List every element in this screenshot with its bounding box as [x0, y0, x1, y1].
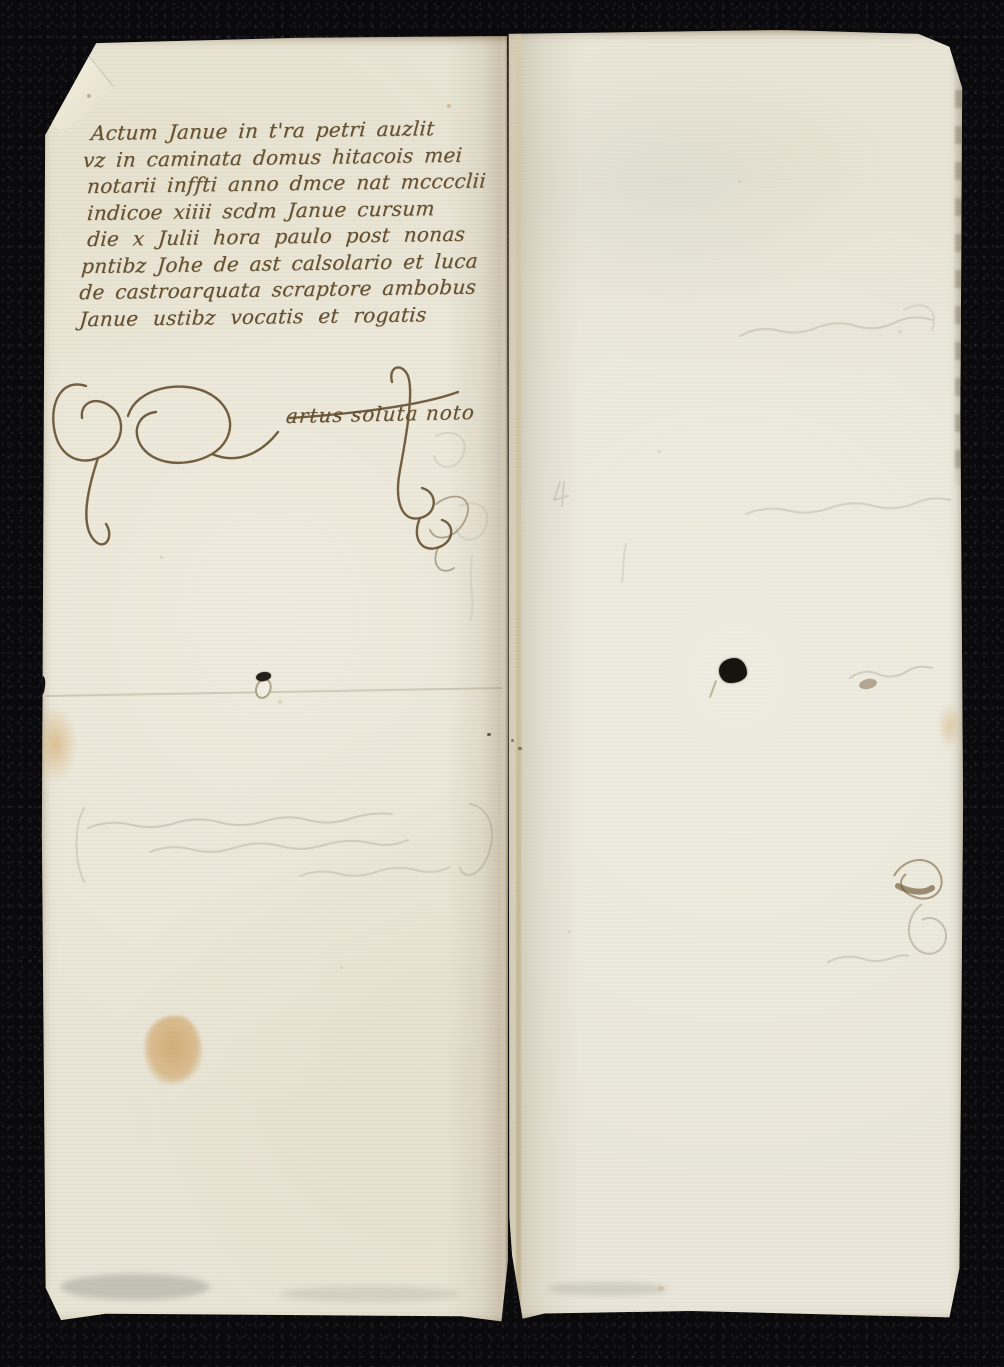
ink-speck [518, 747, 522, 750]
worm-hole-tail [709, 680, 717, 698]
freckle [278, 700, 282, 704]
fold-crease [46, 688, 502, 696]
stain-large [144, 1016, 202, 1084]
stain-right-edge [938, 704, 962, 748]
gutter-crease-line [506, 36, 508, 1324]
freckle [738, 180, 741, 183]
ink-speck [487, 733, 491, 736]
bottom-smudge [548, 1282, 668, 1296]
freckle [568, 930, 571, 933]
notary-signature-flourish [53, 367, 458, 548]
bottom-smudge [280, 1286, 460, 1302]
ink-speck [511, 739, 514, 742]
handwriting-line: Janue ustibz vocatis et rogatis [78, 300, 478, 332]
fore-edge-wear [955, 54, 963, 486]
freckle [898, 330, 902, 334]
handwriting-block: Actum Janue in t'ra petri auzlit vz in c… [76, 114, 492, 332]
gutter-crease-highlight [516, 30, 521, 1320]
show-through-left [77, 433, 493, 882]
fold-pinhole [87, 94, 91, 98]
edge-notch [37, 676, 46, 697]
freckle [447, 104, 451, 108]
stain-left-edge [34, 708, 76, 780]
freckle [160, 556, 163, 559]
worm-hole-left [252, 669, 273, 699]
worm-hole-right [719, 658, 747, 683]
left-page: Actum Janue in t'ra petri auzlit vz in c… [40, 36, 508, 1324]
ink-doodle [858, 677, 946, 954]
manuscript-scan: Actum Janue in t'ra petri auzlit vz in c… [0, 0, 1004, 1367]
show-through-right [554, 305, 950, 962]
right-page [508, 30, 964, 1320]
gutter-shadow-right [508, 30, 580, 1320]
freckle [340, 966, 343, 969]
signature-text: artus soluta noto [285, 400, 475, 428]
bottom-smudge [60, 1274, 210, 1300]
freckle [658, 1286, 664, 1291]
freckle [658, 450, 661, 453]
